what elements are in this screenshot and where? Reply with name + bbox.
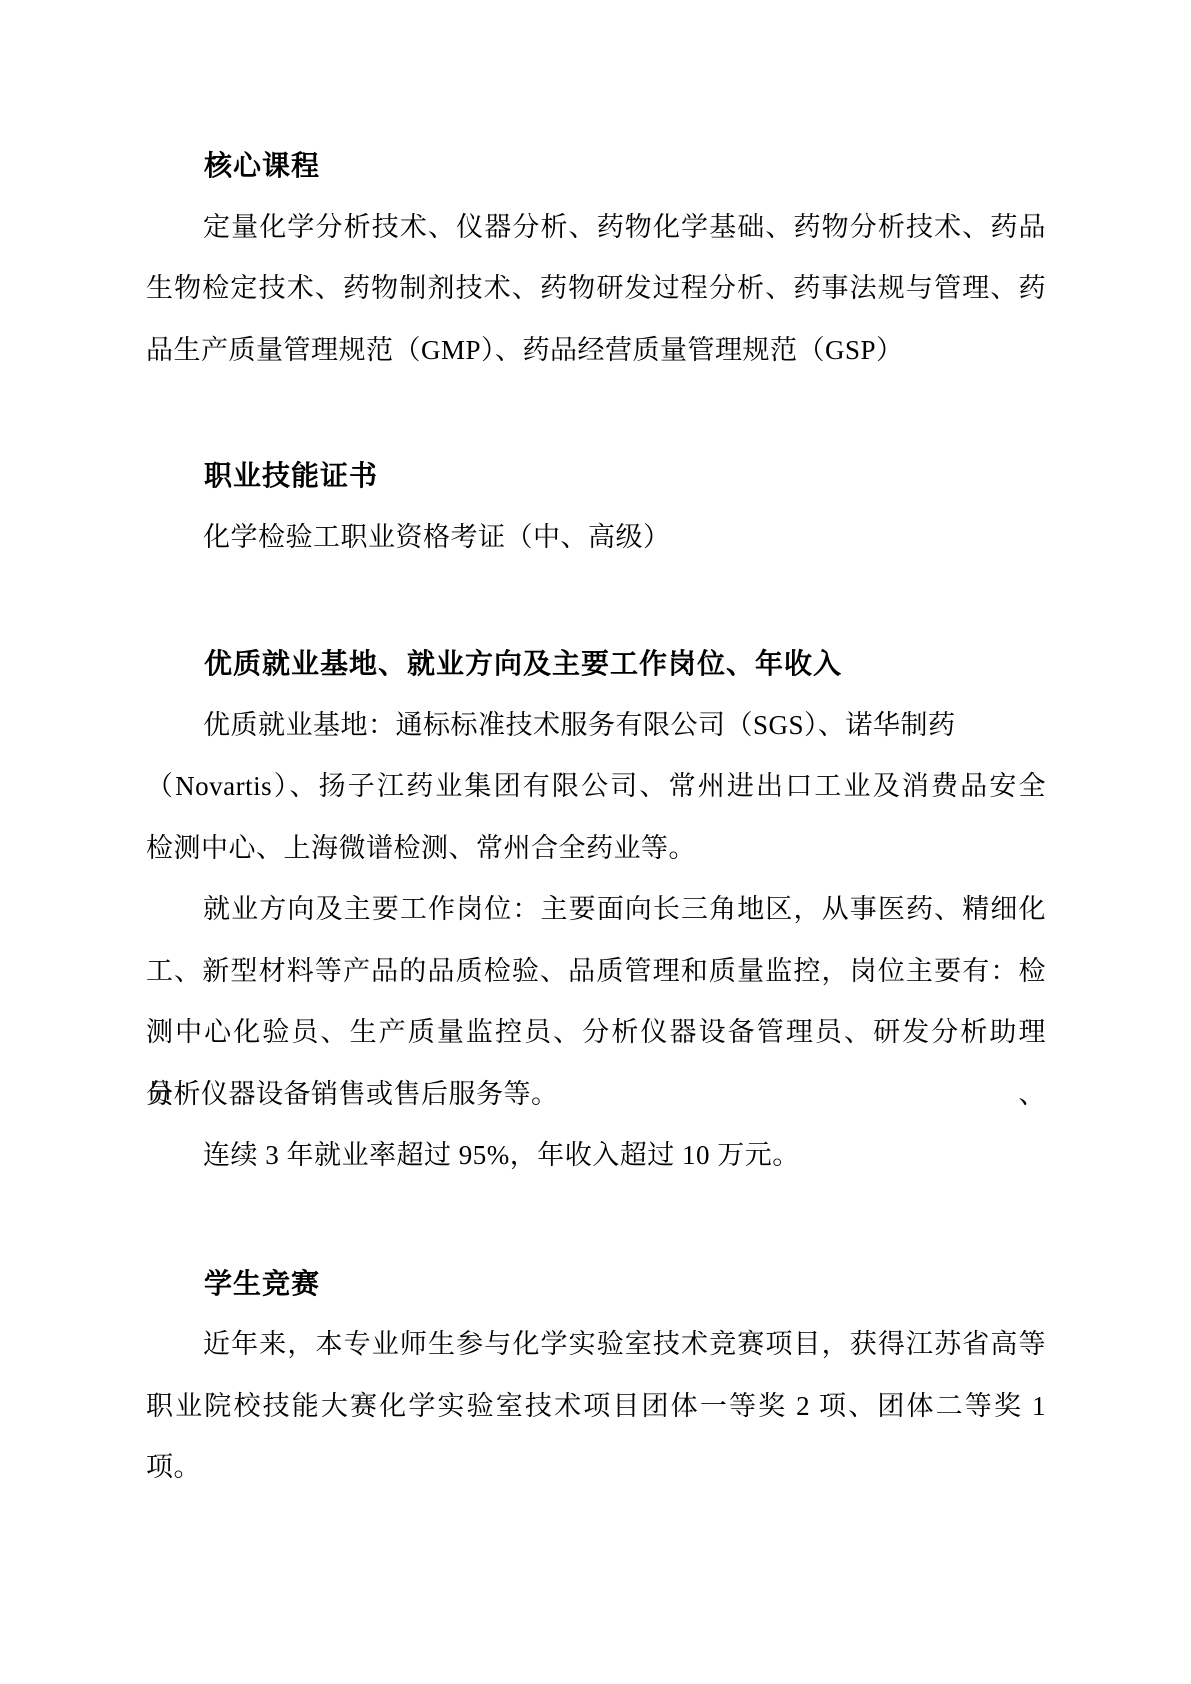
paragraph-line: 检测中心、上海微谱检测、常州合全药业等。 bbox=[146, 818, 1046, 880]
paragraph-employment-bases: 优质就业基地：通标标准技术服务有限公司（SGS）、诺华制药 （Novartis）… bbox=[146, 695, 1046, 880]
section-heading-student-competitions: 学生竞赛 bbox=[146, 1253, 1046, 1315]
paragraph-line: 定量化学分析技术、仪器分析、药物化学基础、药物分析技术、药品 bbox=[146, 197, 1046, 259]
document-page: 核心课程 定量化学分析技术、仪器分析、药物化学基础、药物分析技术、药品 生物检定… bbox=[0, 0, 1191, 1684]
section-heading-core-courses: 核心课程 bbox=[146, 135, 1046, 197]
section-heading-vocational-certificates: 职业技能证书 bbox=[146, 445, 1046, 507]
paragraph-core-courses: 定量化学分析技术、仪器分析、药物化学基础、药物分析技术、药品 生物检定技术、药物… bbox=[146, 197, 1046, 382]
paragraph-certificates: 化学检验工职业资格考证（中、高级） bbox=[146, 507, 1046, 569]
blank-line bbox=[146, 1187, 1046, 1253]
paragraph-line: 品生产质量管理规范（GMP）、药品经营质量管理规范（GSP） bbox=[146, 320, 1046, 382]
paragraph-line: 职业院校技能大赛化学实验室技术项目团体一等奖 2 项、团体二等奖 1 项。 bbox=[146, 1376, 1046, 1438]
paragraph-line: 近年来，本专业师生参与化学实验室技术竞赛项目，获得江苏省高等 bbox=[146, 1314, 1046, 1376]
paragraph-line: 优质就业基地：通标标准技术服务有限公司（SGS）、诺华制药 bbox=[146, 695, 1046, 757]
paragraph-line: 连续 3 年就业率超过 95%，年收入超过 10 万元。 bbox=[146, 1125, 1046, 1187]
paragraph-employment-rate: 连续 3 年就业率超过 95%，年收入超过 10 万元。 bbox=[146, 1125, 1046, 1187]
paragraph-line: 测中心化验员、生产质量监控员、分析仪器设备管理员、研发分析助理员、 bbox=[146, 1002, 1046, 1064]
document-body: 核心课程 定量化学分析技术、仪器分析、药物化学基础、药物分析技术、药品 生物检定… bbox=[0, 0, 1191, 1437]
paragraph-line: （Novartis）、扬子江药业集团有限公司、常州进出口工业及消费品安全 bbox=[146, 756, 1046, 818]
paragraph-line: 就业方向及主要工作岗位：主要面向长三角地区，从事医药、精细化 bbox=[146, 879, 1046, 941]
paragraph-line: 工、新型材料等产品的品质检验、品质管理和质量监控，岗位主要有：检 bbox=[146, 941, 1046, 1003]
paragraph-line: 生物检定技术、药物制剂技术、药物研发过程分析、药事法规与管理、药 bbox=[146, 258, 1046, 320]
paragraph-line: 化学检验工职业资格考证（中、高级） bbox=[146, 507, 1046, 569]
blank-line bbox=[146, 381, 1046, 445]
paragraph-competitions: 近年来，本专业师生参与化学实验室技术竞赛项目，获得江苏省高等 职业院校技能大赛化… bbox=[146, 1314, 1046, 1437]
blank-line bbox=[146, 568, 1046, 633]
paragraph-job-positions: 就业方向及主要工作岗位：主要面向长三角地区，从事医药、精细化 工、新型材料等产品… bbox=[146, 879, 1046, 1125]
section-heading-employment: 优质就业基地、就业方向及主要工作岗位、年收入 bbox=[146, 633, 1046, 695]
